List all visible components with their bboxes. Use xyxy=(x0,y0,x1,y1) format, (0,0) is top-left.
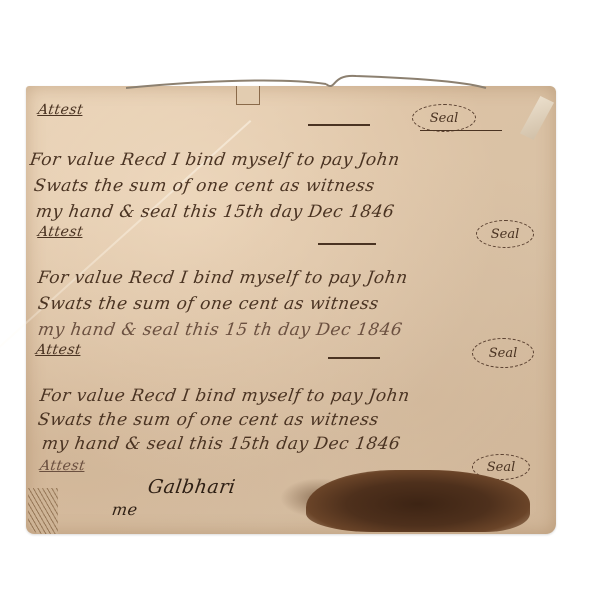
entry-1-seal: Seal xyxy=(476,220,534,248)
entry-3-line-2: Swats the sum of one cent as witness xyxy=(37,410,380,430)
header-attest-label: Attest xyxy=(37,102,84,118)
entry-1-line-2: Swats the sum of one cent as witness xyxy=(33,176,376,196)
entry-2-line-3: my hand & seal this 15 th day Dec 1846 xyxy=(37,320,404,340)
signature-rule xyxy=(308,124,370,126)
entry-2-signature-rule xyxy=(328,357,380,359)
curled-corner xyxy=(28,488,58,534)
signature-name: Galbhari xyxy=(146,476,237,498)
entry-2-attest: Attest xyxy=(35,342,82,358)
entry-2-seal: Seal xyxy=(472,338,534,368)
entry-3-line-1: For value Recd I bind myself to pay John xyxy=(39,386,411,406)
entry-1-line-1: For value Recd I bind myself to pay John xyxy=(29,150,401,170)
signature-prefix: me xyxy=(111,500,139,519)
header-seal: Seal xyxy=(412,104,476,132)
entry-1-signature-rule xyxy=(318,243,376,245)
entry-3-seal-label: Seal xyxy=(487,460,516,475)
entry-2-line-1: For value Recd I bind myself to pay John xyxy=(37,268,409,288)
entry-3-line-3: my hand & seal this 15th day Dec 1846 xyxy=(41,434,402,454)
entry-1-line-3: my hand & seal this 15th day Dec 1846 xyxy=(35,202,396,222)
entry-3-attest: Attest xyxy=(39,458,86,474)
seal-rule xyxy=(420,130,502,131)
seal-label: Seal xyxy=(430,111,459,126)
water-stain xyxy=(306,470,530,532)
entry-1-seal-label: Seal xyxy=(491,227,520,242)
entry-1-attest: Attest xyxy=(37,224,84,240)
hanging-string-icon xyxy=(126,70,488,94)
entry-2-line-2: Swats the sum of one cent as witness xyxy=(37,294,380,314)
entry-2-seal-label: Seal xyxy=(489,346,518,361)
